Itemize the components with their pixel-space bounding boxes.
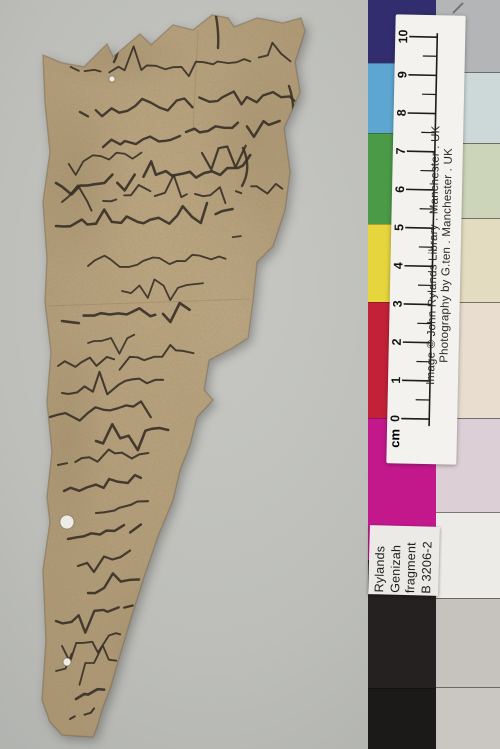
shelfmark-line: Rylands [372, 528, 389, 592]
ruler-unit-label: cm [387, 429, 402, 448]
ruler-number: 4 [391, 262, 405, 269]
worm-hole [60, 515, 74, 529]
shelfmark-line: B 3206-2 [419, 529, 436, 593]
ruler-number: 7 [394, 147, 408, 154]
ruler-number: 1 [389, 377, 403, 384]
ruler-major-tick [401, 419, 429, 420]
ruler-major-tick [408, 75, 436, 76]
ruler-face: 012345678910 cm Image © John Rylands Lib… [386, 14, 465, 464]
ruler-major-tick [408, 113, 436, 114]
photo-canvas: 012345678910 cm Image © John Rylands Lib… [0, 0, 500, 749]
shelfmark-label: Rylands Genizah fragment B 3206-2 [368, 525, 440, 596]
calibration-ruler: 012345678910 cm Image © John Rylands Lib… [386, 14, 465, 464]
ruler-number: 2 [390, 338, 404, 345]
shelfmark-text: Rylands Genizah fragment B 3206-2 [372, 528, 436, 594]
ruler-number: 0 [388, 415, 402, 422]
ruler-major-tick [409, 37, 437, 38]
worm-hole [109, 76, 115, 82]
ruler-number: 10 [396, 29, 410, 43]
worm-hole [63, 658, 71, 666]
shelfmark-line: fragment [403, 529, 420, 593]
ruler-number: 6 [393, 186, 407, 193]
ruler-number: 9 [395, 71, 409, 78]
ruler-number: 3 [391, 300, 405, 307]
ruler-number: 5 [392, 224, 406, 231]
ruler-number: 8 [395, 109, 409, 116]
shelfmark-line: Genizah [388, 528, 405, 592]
